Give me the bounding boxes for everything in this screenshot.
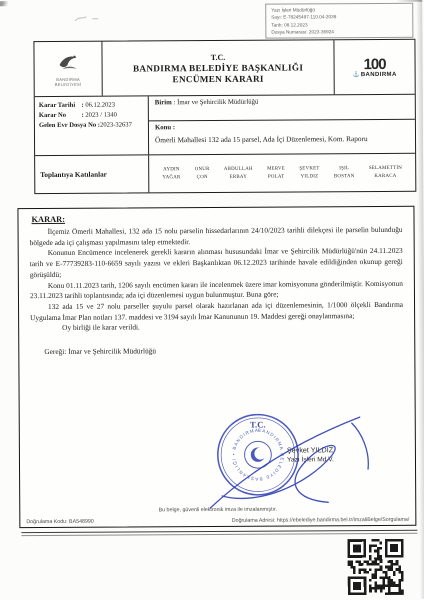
scan-artifact-top-left <box>0 1 12 6</box>
footer-divider-rule <box>21 530 417 536</box>
gelen-evrak-line: Gelen Evr Dosya No :2023-32637 <box>39 121 145 132</box>
signature-and-stamp-area: Şevket YILDIZ Yazı İşleri Md.V. T.C. BAN… <box>202 403 393 519</box>
geregi-line: Gereği: İmar ve Şehircilik Müdürlüğü <box>44 345 403 356</box>
reference-box: Yazı İşleri Müdürlüğü Sayı: E-78245497-1… <box>265 3 413 39</box>
decision-body-box: KARAR: İlçemiz Ömerli Mahallesi, 132 ada… <box>17 206 416 528</box>
attendee: IŞILBOSTAN <box>334 166 355 180</box>
attendee: ŞEVKETYILDIZ <box>299 166 319 180</box>
karar-paragraph: 132 ada 15 ve 27 nolu parseller şuyulu p… <box>30 300 403 324</box>
authority-title: BANDIRMA BELEDİYE BAŞKANLIĞI <box>133 62 303 73</box>
qr-code <box>347 539 403 595</box>
konu-row: Konu : Ömerli Mahallesi 132 ada 15 parse… <box>149 120 415 155</box>
handwritten-signature <box>202 403 393 519</box>
tc-label: T.C. <box>211 52 226 61</box>
attendee: AYDINYAĞAR <box>162 167 180 181</box>
paper-edge-shadow <box>416 0 424 599</box>
karar-paragraph: Konu 01.11.2023 tarih, 1206 sayılı encüm… <box>30 278 403 302</box>
centennial-logo-cell: 100 ⚓ BANDIRMA <box>334 40 414 94</box>
scan-artifact-top-right <box>396 0 422 2</box>
verification-code: Doğrulama Kodu: BA548990 <box>26 519 93 525</box>
pencil-mark <box>72 13 102 25</box>
header-table: BANDIRMA BELEDİYESİ T.C. BANDIRMA BELEDİ… <box>33 39 416 194</box>
ref-dosya-no: Dosya Numarası: 2023-36924 <box>271 28 407 36</box>
scanned-document-page: Yazı İşleri Müdürlüğü Sayı: E-78245497-1… <box>0 0 424 600</box>
karar-verdict-line: Oy birliği ile karar verildi. <box>30 321 403 334</box>
konu-value: Ömerli Mahallesi 132 ada 15 parsel, Ada … <box>155 133 415 146</box>
attendees-label: Toplantıya Katılanlar <box>35 155 149 193</box>
document-type-title: ENCÜMEN KARARI <box>172 73 263 84</box>
karar-paragraph: İlçemiz Ömerli Mahallesi, 132 ada 15 nol… <box>30 225 403 249</box>
document-title-cell: T.C. BANDIRMA BELEDİYE BAŞKANLIĞI ENCÜME… <box>102 40 334 95</box>
attendee: MERVEPOLAT <box>267 166 285 180</box>
birim-row: Birim : İmar ve Şehircilik Müdürlüğü <box>149 95 415 122</box>
right-logo-caption: BANDIRMA <box>361 71 397 77</box>
attendees-list: AYDINYAĞAR ONURÇON ABDULLAHERBAY MERVEPO… <box>149 154 415 193</box>
attendee: SELAMETTİNKARACA <box>369 165 402 179</box>
municipality-logo-cell: BANDIRMA BELEDİYESİ <box>34 42 102 96</box>
karar-heading: KARAR: <box>31 213 402 224</box>
karar-paragraph: Konunun Encümence incelenerek gerekli ka… <box>30 246 403 280</box>
left-logo-caption: BANDIRMA BELEDİYESİ <box>55 77 82 87</box>
anchor-icon: ⚓ <box>353 72 360 78</box>
seagull-logo-icon <box>53 51 83 77</box>
decision-meta-cell: Karar Tarihi : 06.12.2023 Karar No : 202… <box>35 96 149 155</box>
karar-no-line: Karar No : 2023 / 1340 <box>39 111 145 122</box>
centennial-100-logo: 100 <box>364 56 386 71</box>
attendee: ONURÇON <box>195 166 210 180</box>
attendee: ABDULLAHERBAY <box>224 166 253 180</box>
karar-tarihi-line: Karar Tarihi : 06.12.2023 <box>39 100 145 111</box>
